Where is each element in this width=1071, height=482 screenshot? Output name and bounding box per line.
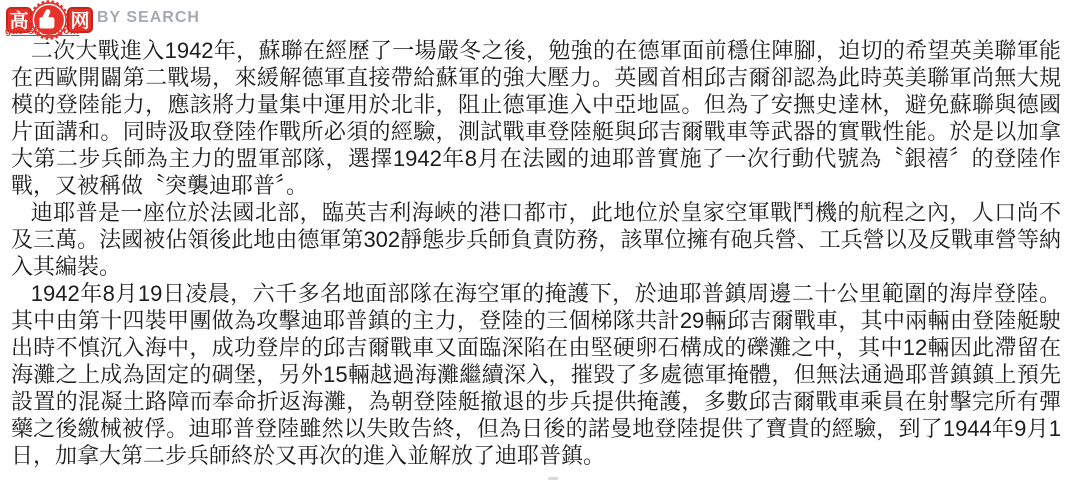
paragraph-2: 迪耶普是一座位於法國北部，臨英吉利海峽的港口都市，此地位於皇家空軍戰鬥機的航程之… (11, 199, 1061, 280)
page: 二次大戰進入1942年，蘇聯在經歷了一場嚴冬之後，勉強的在德軍面前穩住陣腳，迫切… (0, 0, 1071, 482)
paragraph-3: 1942年8月19日凌晨，六千多名地面部隊在海空軍的掩護下，於迪耶普鎮周邊二十公… (11, 280, 1061, 469)
watermark-logo: 高 网 BY SEARCH gao-shou.com (5, 0, 225, 40)
logo-brand-text: BY SEARCH (97, 9, 200, 27)
scan-artifact (548, 477, 558, 480)
logo-url-text: gao-shou.com (5, 26, 79, 37)
paragraph-1: 二次大戰進入1942年，蘇聯在經歷了一場嚴冬之後，勉強的在德軍面前穩住陣腳，迫切… (11, 37, 1061, 199)
article-text: 二次大戰進入1942年，蘇聯在經歷了一場嚴冬之後，勉強的在德軍面前穩住陣腳，迫切… (0, 0, 1071, 469)
